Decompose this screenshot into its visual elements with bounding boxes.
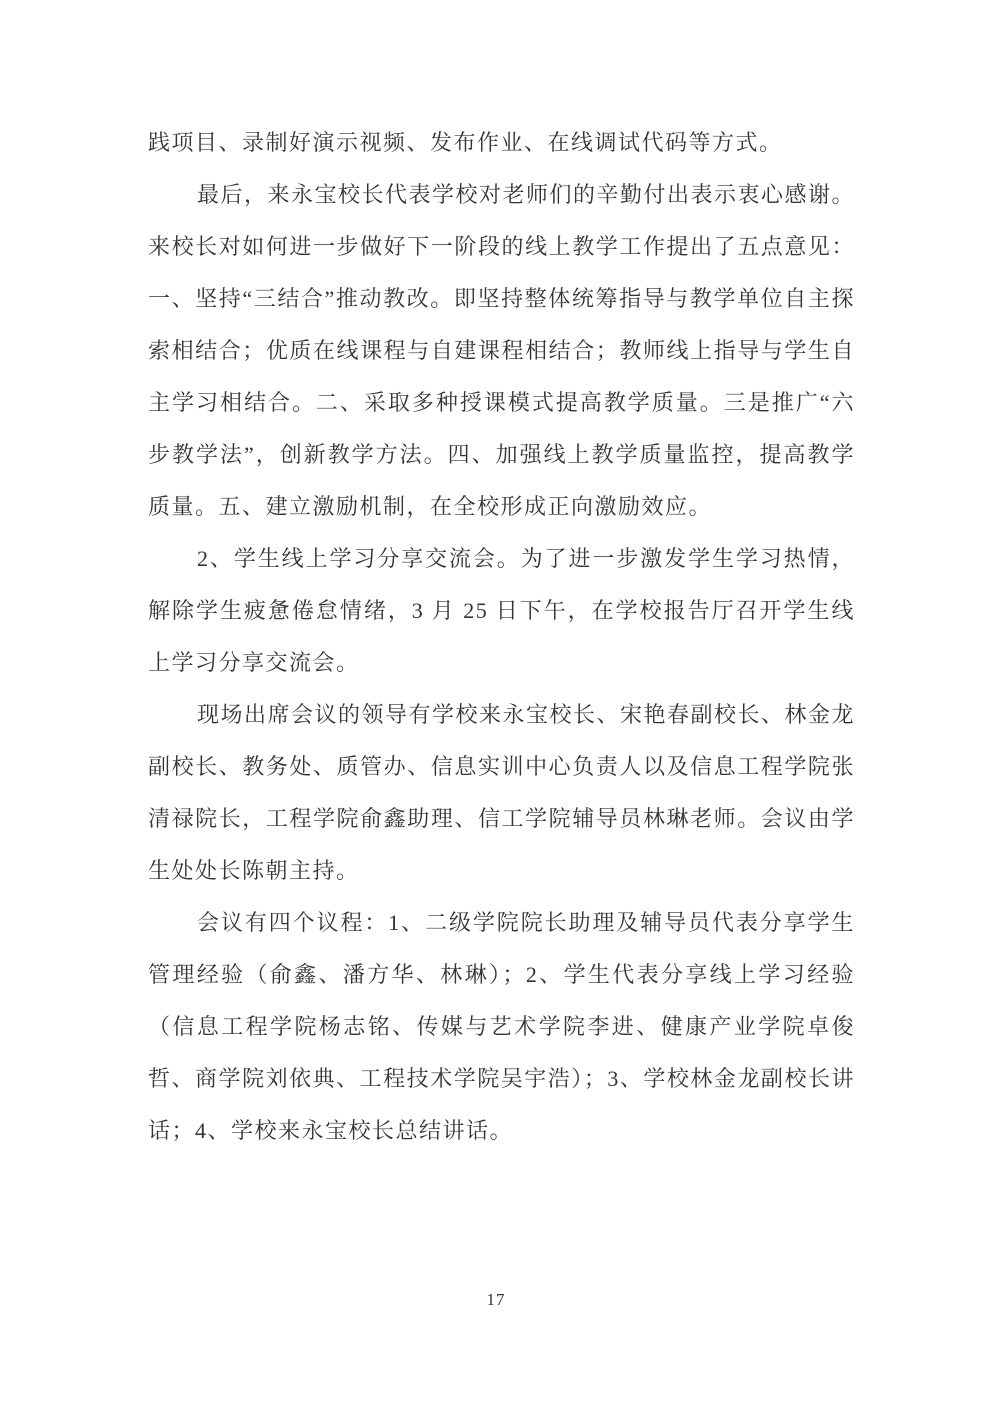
document-page: 践项目、录制好演示视频、发布作业、在线调试代码等方式。 最后，来永宝校长代表学校… [0, 0, 992, 1403]
paragraph-principal-thanks: 最后，来永宝校长代表学校对老师们的辛勤付出表示衷心感谢。来校长对如何进一步做好下… [148, 169, 855, 533]
document-body: 践项目、录制好演示视频、发布作业、在线调试代码等方式。 最后，来永宝校长代表学校… [148, 117, 855, 1157]
paragraph-meeting-attendees: 现场出席会议的领导有学校来永宝校长、宋艳春副校长、林金龙副校长、教务处、质管办、… [148, 689, 855, 897]
paragraph-continuation: 践项目、录制好演示视频、发布作业、在线调试代码等方式。 [148, 117, 855, 169]
paragraph-meeting-agenda: 会议有四个议程：1、二级学院院长助理及辅导员代表分享学生管理经验（俞鑫、潘方华、… [148, 897, 855, 1157]
paragraph-student-sharing-meeting: 2、学生线上学习分享交流会。为了进一步激发学生学习热情，解除学生疲惫倦怠情绪，3… [148, 533, 855, 689]
page-number: 17 [0, 1290, 992, 1310]
